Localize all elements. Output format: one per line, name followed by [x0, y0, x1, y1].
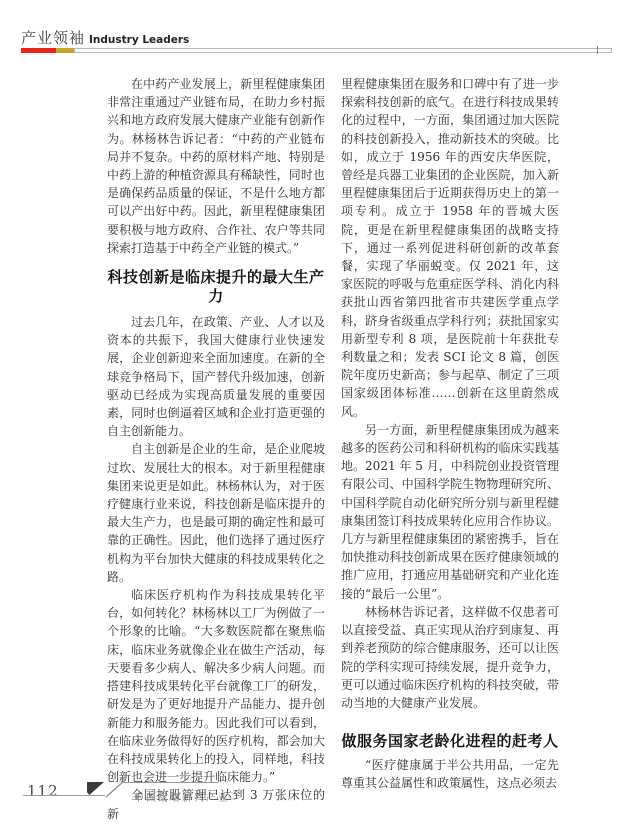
footer-rule-top	[124, 782, 218, 783]
footer-rule-bottom	[23, 795, 105, 796]
article-column-right: 里程健康集团在服务和口碑中有了进一步探索科技创新的底气。在进行科技成果转化的过程…	[341, 75, 559, 793]
section-heading-aging-service: 做服务国家老龄化进程的赶考人	[341, 732, 559, 751]
magazine-page: 产业领袖Industry Leaders 在中药产业发展上，新里程健康集团非常注…	[0, 0, 631, 835]
paragraph: 自主创新是企业的生命，是企业爬坡过坎、发展壮大的根本。对于新里程健康集团来说更是…	[107, 440, 325, 586]
paragraph: 里程健康集团在服务和口碑中有了进一步探索科技创新的底气。在进行科技成果转化的过程…	[341, 75, 559, 421]
article-column-left: 在中药产业发展上，新里程健康集团非常注重通过产业链布局，在助力乡村振兴和地方政府…	[107, 75, 325, 823]
header-rule-red	[21, 48, 56, 53]
header-rule-gold	[56, 48, 74, 53]
header-rule-track	[74, 48, 612, 53]
journal-name: 中国战略新兴产业	[134, 790, 230, 804]
footer-flag-icon	[87, 782, 104, 795]
header-rule-tick	[597, 46, 598, 54]
paragraph: 另一方面，新里程健康集团成为越来越多的医药公司和科研机构的临床实践基地。2021…	[341, 421, 559, 603]
section-heading-tech-innovation: 科技创新是临床提升的最大生产力	[107, 268, 325, 306]
header: 产业领袖Industry Leaders	[21, 27, 189, 48]
paragraph: 在中药产业发展上，新里程健康集团非常注重通过产业链布局，在助力乡村振兴和地方政府…	[107, 75, 325, 257]
paragraph: “医疗健康属于半公共用品，一定先尊重其公益属性和政策属性，这点必须去	[341, 756, 559, 792]
paragraph: 林杨林告诉记者，这样做不仅患者可以直接受益、真正实现从治疗到康复、再到养老预防的…	[341, 603, 559, 712]
section-label-cn: 产业领袖	[21, 29, 85, 47]
page-number: 112	[27, 782, 59, 800]
section-label-en: Industry Leaders	[89, 34, 189, 46]
paragraph: 过去几年，在政策、产业、人才以及资本的共振下，我国大健康行业快速发展，企业创新迎…	[107, 313, 325, 440]
paragraph: 临床医疗机构作为科技成果转化平台，如何转化？林杨林以工厂为例做了一个形象的比喻。…	[107, 586, 325, 786]
footer-slash-line	[104, 780, 126, 798]
